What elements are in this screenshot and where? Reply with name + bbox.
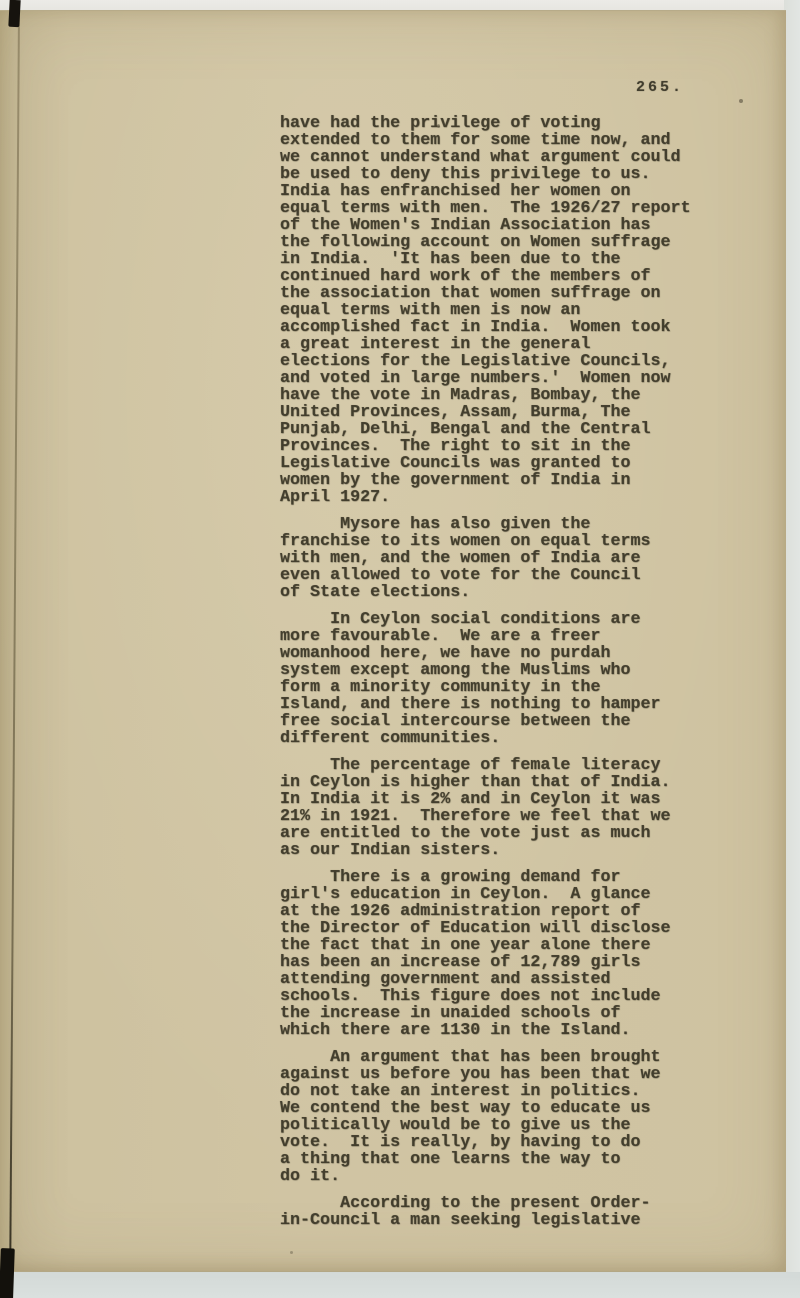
- scanner-background-top: [0, 0, 800, 10]
- typewritten-text: have had the privilege of voting extende…: [280, 115, 720, 1239]
- scanned-document: 265. have had the privilege of voting ex…: [0, 0, 800, 1298]
- paper-speck: [437, 124, 440, 128]
- paragraph-interest-in-politics: An argument that has been brought agains…: [280, 1049, 720, 1185]
- paragraph-ceylon-social-conditions: In Ceylon social conditions are more fav…: [280, 611, 720, 747]
- paragraph-order-in-council: According to the present Order- in-Counc…: [280, 1195, 720, 1229]
- paragraph-female-literacy: The percentage of female literacy in Cey…: [280, 757, 720, 859]
- document-page: 265. have had the privilege of voting ex…: [0, 10, 786, 1272]
- paper-speck: [739, 99, 743, 103]
- page-number: 265.: [636, 79, 684, 96]
- binding-mark-bottom: [0, 1248, 15, 1298]
- paper-speck: [290, 1251, 293, 1254]
- page-crease: [9, 11, 20, 1273]
- scanner-background-right: [784, 0, 800, 1298]
- paragraph-voting-privilege: have had the privilege of voting extende…: [280, 115, 720, 506]
- paragraph-mysore-franchise: Mysore has also given the franchise to i…: [280, 516, 720, 601]
- scanner-background-bottom: [0, 1272, 800, 1298]
- binding-mark-top: [8, 0, 20, 27]
- paragraph-girls-education: There is a growing demand for girl's edu…: [280, 869, 720, 1039]
